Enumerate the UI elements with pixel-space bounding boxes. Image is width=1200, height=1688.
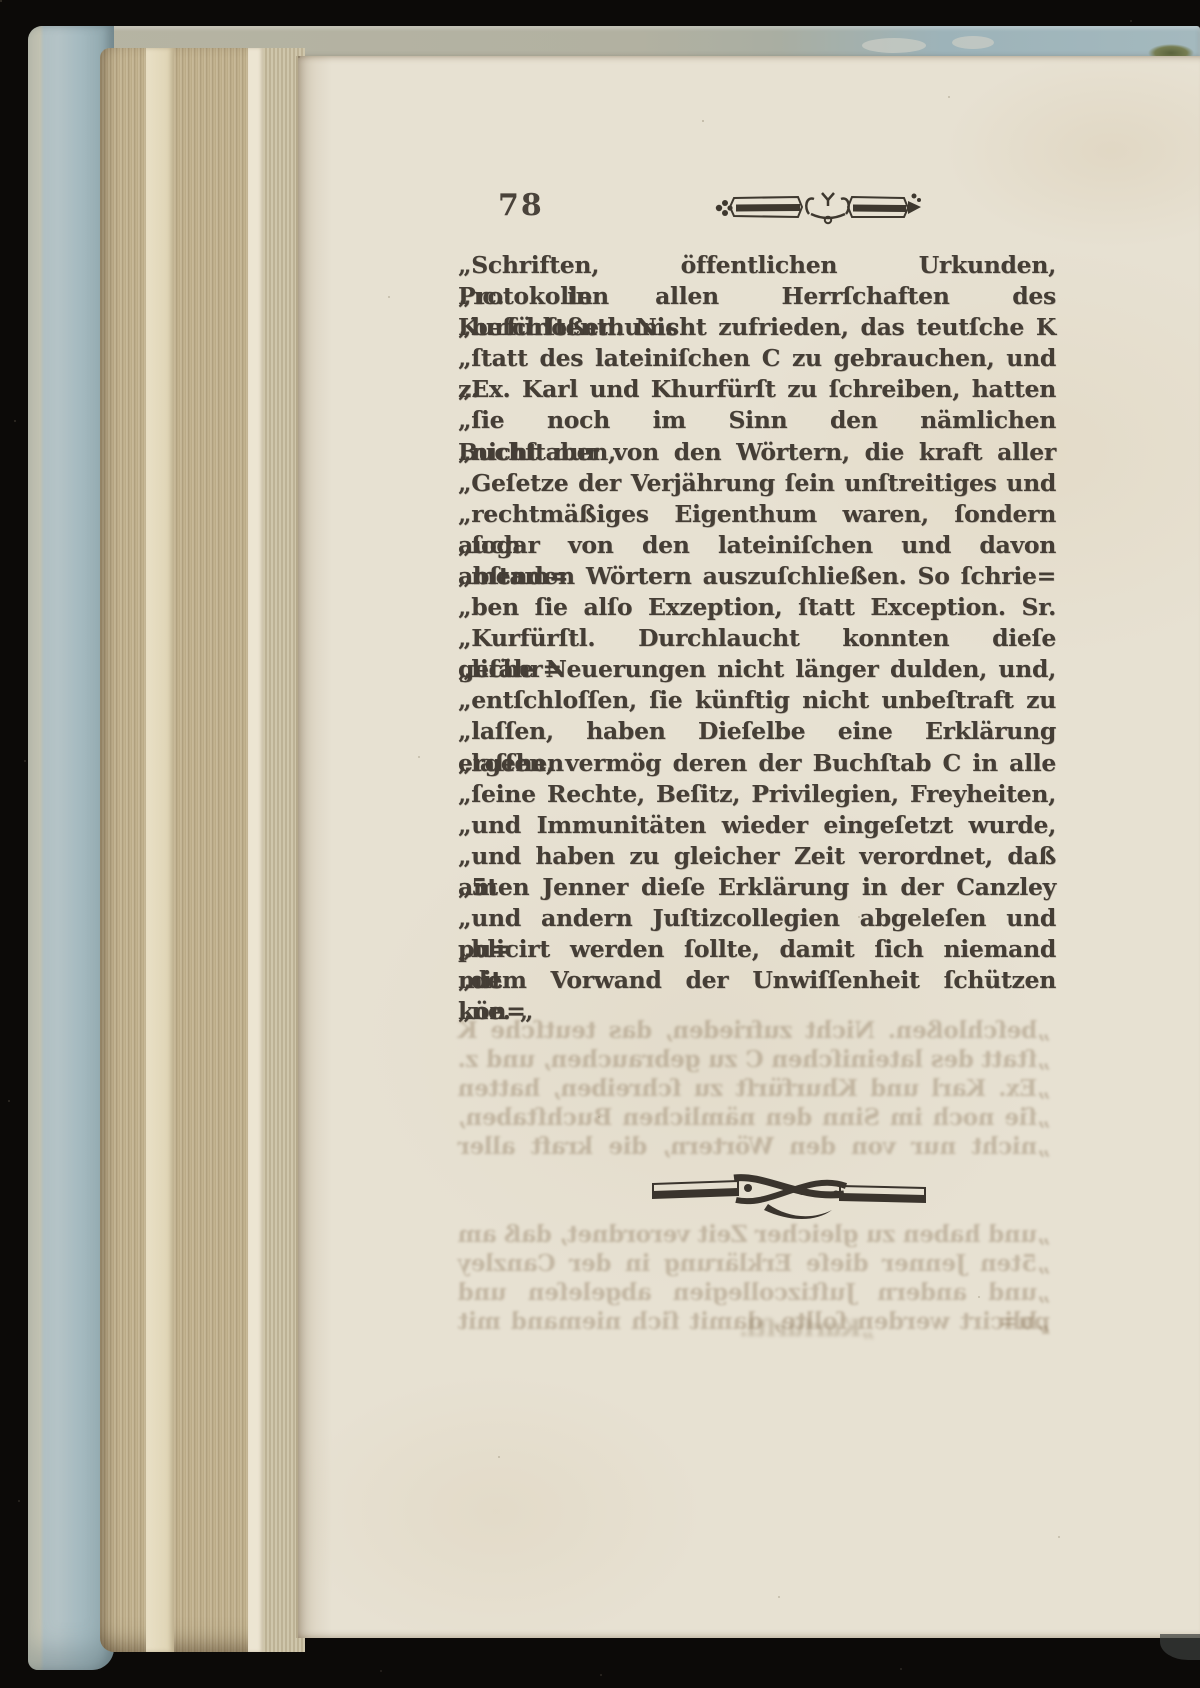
text-line: „liche Neuerungen nicht länger dulden, u… — [458, 654, 1056, 685]
ghost-line: „beſchloßen. Nicht zufrieden, das teutſc… — [458, 1016, 1050, 1045]
page-number: 78 — [498, 188, 544, 223]
text-line: „entſchloſſen, ſie künftig nicht unbeſtr… — [458, 685, 1056, 716]
paper-specks — [298, 56, 300, 58]
text-line: „und Immunitäten wieder eingeſetzt wurde… — [458, 810, 1056, 841]
showthrough-text: „beſchloßen. Nicht zufrieden, das teutſc… — [458, 1016, 1050, 1161]
text-line: „Geſetze der Verjährung ſein unſtreitige… — [458, 468, 1056, 499]
cover-fray — [952, 36, 994, 49]
text-line: „Schriften, öffentlichen Urkunden, Proto… — [458, 250, 1056, 281]
ghost-line: „und haben zu gleicher Zeit verordnet, d… — [458, 1220, 1050, 1249]
cloth-corner — [1160, 1634, 1200, 1660]
text-line: „blicirt werden ſollte, damit ſich niema… — [458, 934, 1056, 965]
text-line: „und haben zu gleicher Zeit verordnet, d… — [458, 841, 1056, 872]
body-text: „Schriften, öffentlichen Urkunden, Proto… — [458, 250, 1056, 1027]
text-line: „ſie noch im Sinn den nämlichen Buchſtab… — [458, 405, 1056, 436]
text-line: „ben ſie alſo Exzeption, ſtatt Exception… — [458, 592, 1056, 623]
showthrough-text: „Kurfürſtl. Durchlaucht konnten dieſe ge… — [604, 1314, 874, 1343]
ghost-line: „Kurfürſtl. Durchlaucht konnten dieſe ge… — [604, 1314, 874, 1343]
text-line: „laſſen, vermög deren der Buchſtab C in … — [458, 748, 1056, 779]
ghost-line: „5ten Jenner dieſe Erklärung in der Canz… — [458, 1249, 1050, 1278]
ghost-line: „nicht nur von den Wörtern, die kraft al… — [458, 1132, 1050, 1161]
headpiece-ornament-icon — [712, 184, 922, 232]
ghost-line: „ſie noch im Sinn den nämlichen Buchſtab… — [458, 1103, 1050, 1132]
page-edge-strip — [248, 48, 263, 1652]
page-edge-strip — [146, 48, 174, 1652]
text-line: „ɿc. in allen Herrſchaften des Kurfürſte… — [458, 281, 1056, 312]
ghost-line: „ſtatt des lateiniſchen C zu gebrauchen,… — [458, 1045, 1050, 1074]
text-line: „menden Wörtern auszuſchließen. So ſchri… — [458, 561, 1056, 592]
text-line: „laſſen, haben Dieſelbe eine Erklärung e… — [458, 716, 1056, 747]
ghost-line: „und andern Juſtizcollegien abgeleſen un… — [458, 1278, 1050, 1307]
book-page: 78 „Schriften — [296, 56, 1200, 1638]
ghost-line: „Ex. Karl und Khurfürſt zu ſchreiben, ha… — [458, 1074, 1050, 1103]
text-line: „und andern Juſtizcollegien abgeleſen un… — [458, 903, 1056, 934]
text-line: „nicht nur von den Wörtern, die kraft al… — [458, 437, 1056, 468]
text-line: „ſtatt des lateiniſchen C zu gebrauchen,… — [458, 343, 1056, 374]
text-line: „rechtmäßiges Eigenthum waren, ſondern a… — [458, 499, 1056, 530]
page-fore-edges — [100, 48, 305, 1652]
text-line: „ſeine Rechte, Beſitz, Privilegien, Frey… — [458, 779, 1056, 810]
text-line: „Kurfürſtl. Durchlaucht konnten dieſe ge… — [458, 623, 1056, 654]
cover-fray — [862, 38, 926, 53]
text-line: „beſchloßen. Nicht zufrieden, das teutſc… — [458, 312, 1056, 343]
text-line: „ſogar von den lateiniſchen und davon ab… — [458, 530, 1056, 561]
text-line: „Ex. Karl und Khurfürſt zu ſchreiben, ha… — [458, 374, 1056, 405]
text-line: „dem Vorwand der Unwiſſenheit ſchützen k… — [458, 965, 1056, 996]
book-scan: 78 „Schriften — [0, 0, 1200, 1688]
text-line: „5ten Jenner dieſe Erklärung in der Canz… — [458, 872, 1056, 903]
background-cloth — [0, 0, 2, 2]
